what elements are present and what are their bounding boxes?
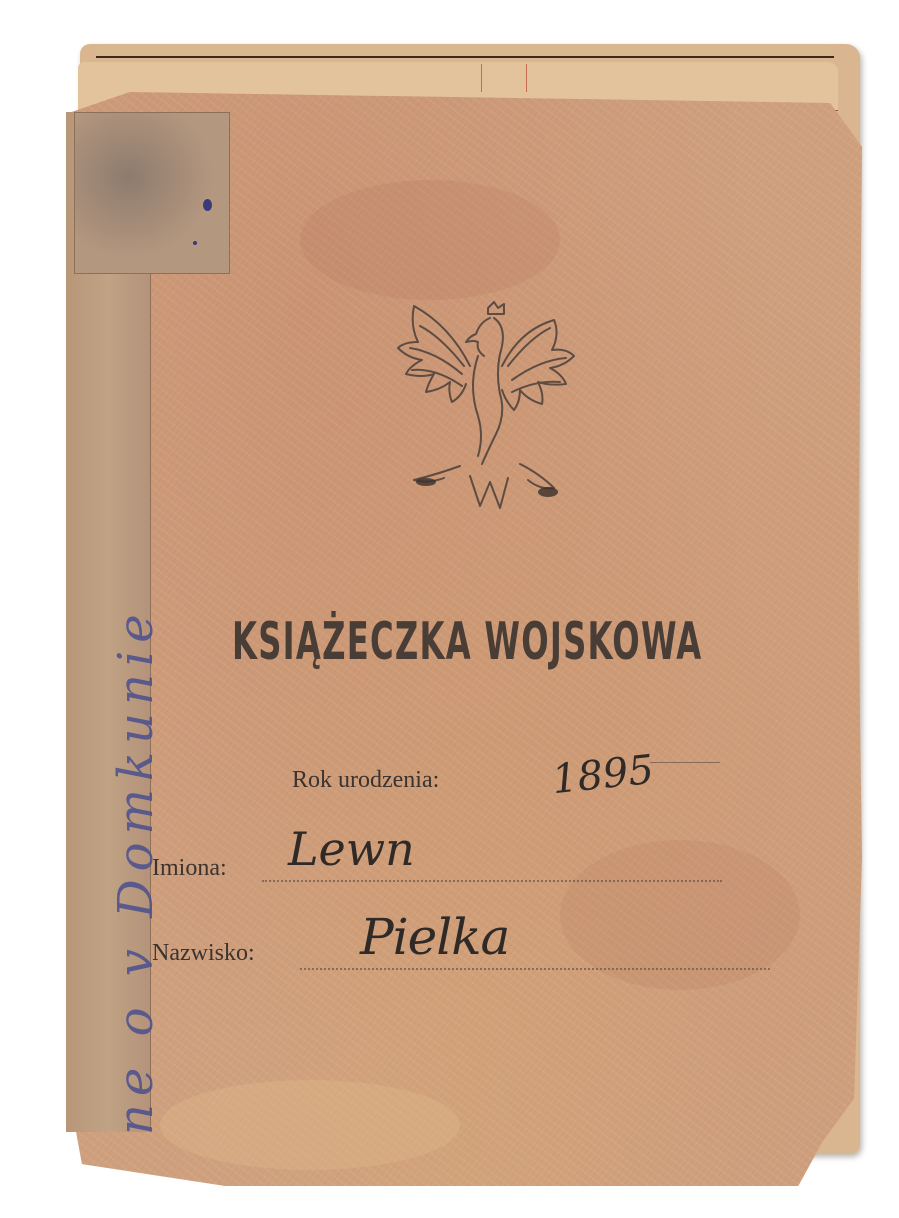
dotted-line — [262, 880, 722, 882]
polish-eagle-icon — [390, 296, 590, 526]
dotted-line — [650, 762, 720, 763]
ink-spot — [203, 199, 212, 211]
dotted-line — [300, 968, 770, 970]
first-names-label: Imiona: — [152, 855, 227, 882]
ink-spot — [193, 241, 197, 245]
surname-value: Pielka — [360, 908, 509, 966]
first-names-value: Lewn — [288, 822, 415, 876]
tape-patch — [74, 112, 230, 274]
birth-year-label: Rok urodzenia: — [292, 767, 439, 794]
document-title: KSIĄŻECZKA WOJSKOWA — [232, 612, 542, 672]
surname-label: Nazwisko: — [152, 940, 255, 967]
booklet-page-edge — [96, 46, 834, 58]
